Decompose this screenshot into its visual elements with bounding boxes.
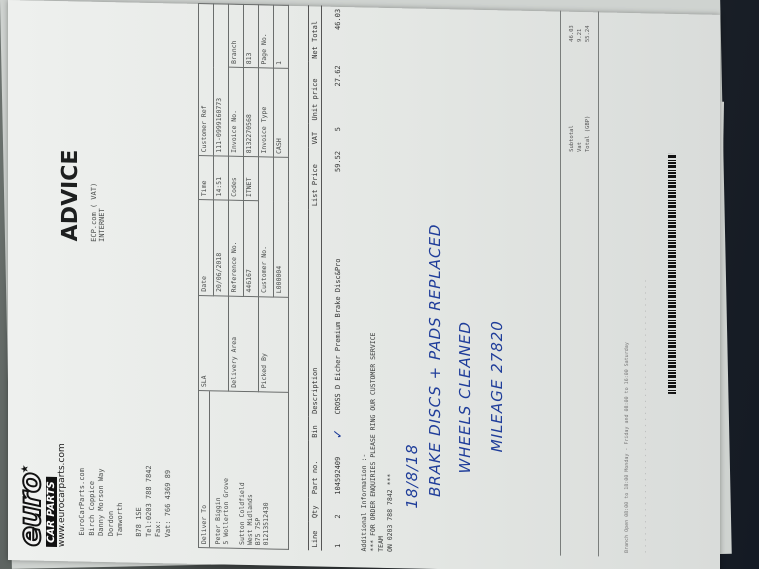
checkmark-icon: ✓ [330,430,346,439]
reference-no-label: Reference No. [229,200,244,296]
handwritten-date: 18/8/18 [403,443,421,508]
document-subtitle: ECP.com ( VAT) INTERNET [90,183,106,242]
deliver-to-cell: Deliver To Peter Biggin 5 Wollerton Grov… [199,390,289,549]
company-logo: euro★ CAR PARTS www.eurocarparts.com [16,442,67,547]
document-title: ADVICE [58,149,83,241]
customer-no-label: Customer No. [259,157,274,297]
line-items-table: Line Qty Part no. Bin Description List P… [308,5,354,551]
invoice-no-label: Invoice No. [229,67,244,156]
invoice-no-value: 8132270568 [244,68,259,157]
date-value: 20/06/2018 [214,200,229,296]
date-label: Date [199,200,214,296]
customer-no-value: L000004 [274,157,289,297]
logo-bar: CAR PARTS [46,477,57,547]
reference-no-value: 446167 [244,201,259,297]
company-website: www.eurocarparts.com [57,443,67,547]
branch-label: Branch [229,4,244,68]
codes-label: Codes [229,156,244,200]
handwritten-mileage: MILEAGE 27820 [488,320,506,452]
time-label: Time [199,156,214,200]
barcode [668,154,676,394]
customer-ref-value: 111-0999160773 [214,4,229,157]
invoice-document: euro★ CAR PARTS www.eurocarparts.com Eur… [8,0,720,569]
items-header-row: Line Qty Part no. Bin Description List P… [309,5,322,550]
company-address: EuroCarParts.com Birch Coppice Danny Mor… [78,464,173,538]
time-value: 14:51 [214,156,229,200]
table-row: 1 2 104592409 ✓ CROSS D Eicher Premium B… [322,6,355,552]
delivery-area-cell: Delivery Area [229,296,259,392]
customer-ref-label: Customer Ref [199,3,214,156]
logo-text: euro [13,473,48,547]
page-no-label: Page No. [259,5,274,69]
divider [598,11,599,556]
handwritten-note-wheels: WHEELS CLEANED [456,321,474,474]
star-icon: ★ [16,465,32,474]
totals-block: Subtotal46.03 Vat9.21 Total (GBP)55.24 [568,115,592,152]
sla-cell: SLA [199,295,229,391]
header-table: Deliver To Peter Biggin 5 Wollerton Grov… [198,3,289,550]
picked-by-cell: Picked By [259,296,289,392]
divider [560,11,561,556]
handwritten-note-brakes: BRAKE DISCS + PADS REPLACED [426,223,444,497]
invoice-type-label: Invoice Type [259,68,274,157]
additional-information: Additional Information :- *** FOR ORDER … [360,332,394,552]
branch-hours: Branch Open 08:00 to 18:00 Monday - Frid… [624,33,630,553]
branch-value: 813 [244,4,259,68]
page-no-value: 1 [274,5,289,69]
codes-value: ITNET [244,157,259,201]
terms-text: - - - - - - - - - - - - - - - - - - - - … [643,33,649,553]
invoice-type-value: CASH [274,68,289,157]
